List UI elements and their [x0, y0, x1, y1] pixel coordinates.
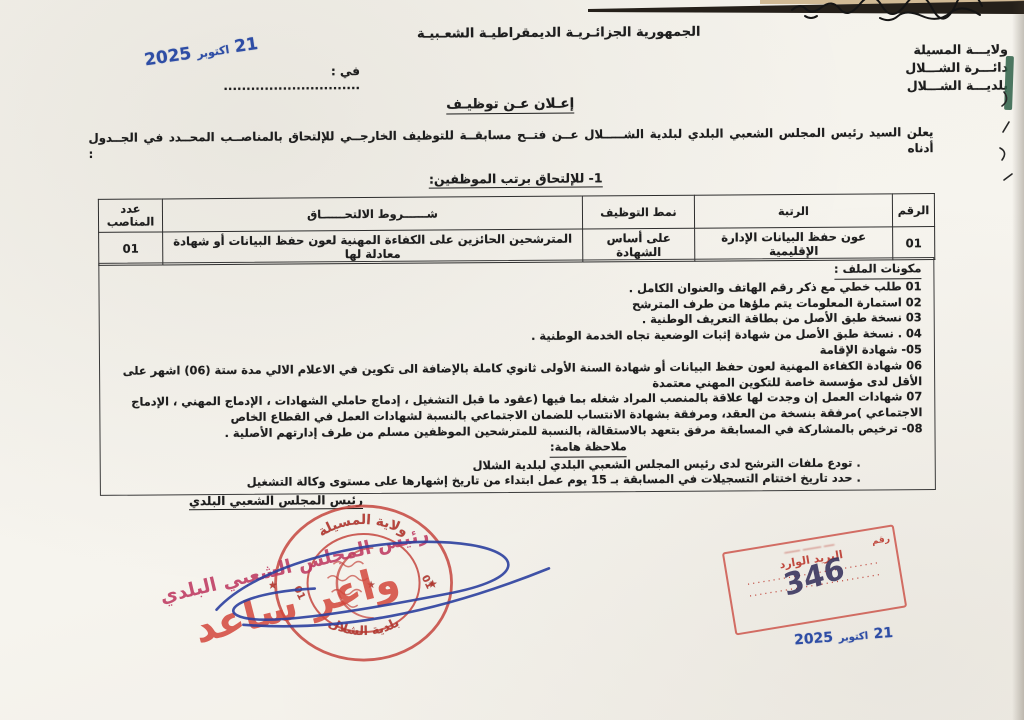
- signature-scribble: [190, 508, 578, 657]
- stamp-month: اكتوبر: [838, 631, 868, 644]
- scanned-document-page: الجمهورية الجزائـريـة الديمقراطيـة الشعـ…: [0, 0, 1024, 720]
- cell-number: 01: [893, 227, 935, 260]
- number-label: رقم: [871, 533, 891, 549]
- section1-heading: 1- للإلتحاق برتب الموظفين:: [4, 167, 1024, 191]
- document-scan: الجمهورية الجزائـريـة الديمقراطيـة الشعـ…: [0, 0, 1024, 720]
- announcement-title: إعـلان عـن توظيـف: [0, 92, 1022, 117]
- org-line-daira: دائـــرة الشـــلال: [896, 59, 1008, 78]
- positions-table: الرقم الرتبة نمط التوظيف شــــــروط الال…: [98, 193, 935, 266]
- date-label: في :: [331, 64, 360, 78]
- col-conditions: شــــــروط الالتحــــــاق: [162, 196, 582, 232]
- org-line-wilaya: ولايـــة المسيلة: [896, 41, 1008, 60]
- date-dots: ..............................: [223, 78, 360, 93]
- stamp-month: اكتوبر: [196, 43, 230, 61]
- date-line: في : ..............................: [210, 64, 360, 93]
- stamp-year: 2025: [143, 44, 193, 71]
- cell-positions-count: 01: [99, 232, 163, 265]
- received-date-stamp-bottom: 21 اكتوبر 2025: [793, 622, 893, 649]
- col-positions-count: عدد المناصب: [98, 199, 162, 232]
- col-number: الرقم: [892, 194, 934, 227]
- edge-handwriting-marks: [982, 84, 1024, 194]
- intro-paragraph: يعلن السيد رئيس المجلس الشعبي البلدي لبل…: [88, 124, 933, 162]
- top-edge-artifact: [560, 0, 1024, 30]
- stamp-year: 2025: [794, 630, 834, 649]
- col-rank: الرتبة: [694, 194, 892, 228]
- file-requirements-box: مكونات الملف : 01 طلب خطي مع ذكر رقم اله…: [98, 257, 936, 496]
- stamp-day: 21: [873, 625, 894, 642]
- cell-rank: عون حفظ البيانات الإدارة الإقليمية: [695, 227, 893, 261]
- incoming-mail-stamp: ــــ ـــــــ ــــــ البريد الوارد رقم ..…: [722, 524, 907, 635]
- stamp-day: 21: [233, 34, 259, 57]
- col-mode: نمط التوظيف: [582, 195, 694, 229]
- cell-mode: على أساس الشهادة: [583, 228, 695, 262]
